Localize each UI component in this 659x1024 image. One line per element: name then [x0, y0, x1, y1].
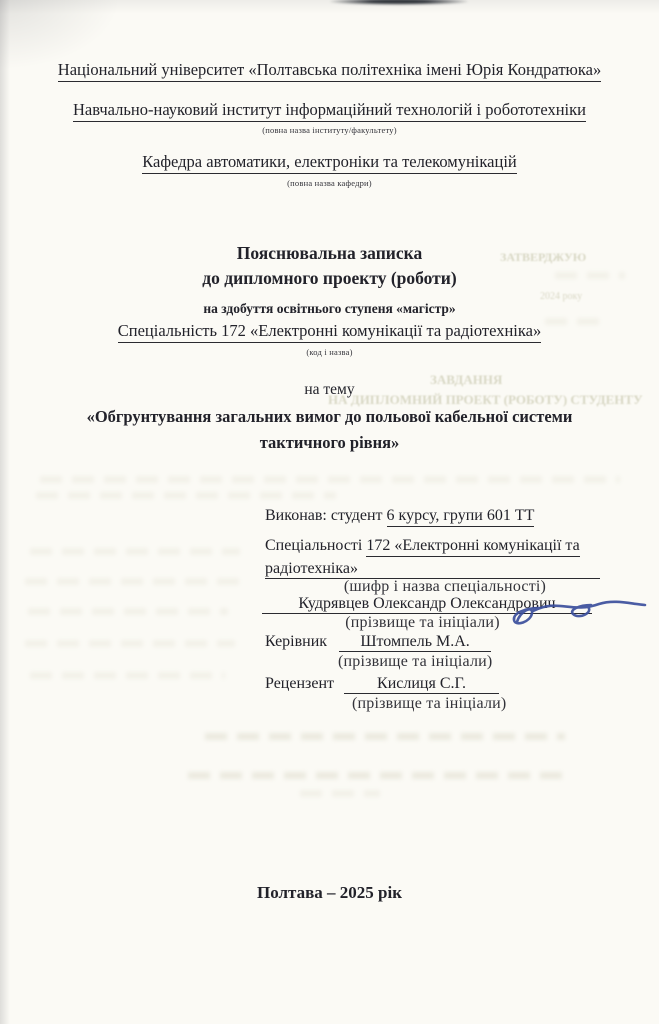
scanned-title-page: ЗАТВЕРДЖУЮ 2024 року ЗАВДАННЯ НА ДИПЛОМН… [0, 0, 659, 1024]
department-name-text: Кафедра автоматики, електроніки та телек… [142, 152, 516, 174]
scan-smudge-artifact [330, 0, 468, 5]
institute-name: Навчально-науковий інститут інформаційни… [0, 100, 659, 122]
theme-title-line2: тактичного рівня» [0, 433, 659, 453]
handwritten-signature [503, 592, 651, 636]
department-name: Кафедра автоматики, електроніки та телек… [0, 152, 659, 174]
bleed-through-line [30, 548, 240, 555]
theme-intro: на тему [0, 381, 659, 399]
performed-by-row: Виконав: студент 6 курсу, групи 601 ТТ [265, 507, 534, 527]
reviewer-name: Кислиця С.Г. [344, 675, 499, 694]
author-name-caption: (прізвище та ініціали) [330, 614, 515, 632]
city-year-line: Полтава – 2025 рік [0, 883, 659, 903]
bleed-through-line [36, 492, 336, 499]
author-specialty-value-line2: радіотехніка» [265, 560, 358, 577]
university-name: Національний університет «Полтавська пол… [0, 60, 659, 82]
university-name-text: Національний університет «Полтавська пол… [58, 60, 601, 82]
specialty-line: Спеціальність 172 «Електронні комунікаці… [0, 321, 659, 343]
bleed-through-line [205, 733, 565, 740]
bleed-through-line [40, 476, 620, 483]
author-specialty-row: Спеціальності 172 «Електронні комунікаці… [265, 537, 580, 557]
doc-title-line2: до дипломного проекту (роботи) [0, 268, 659, 289]
bleed-through-line [188, 772, 568, 779]
author-specialty-row-continued: радіотехніка» [265, 560, 600, 579]
supervisor-row: Керівник Штомпель М.А. [265, 633, 491, 652]
theme-title-line1: «Обгрунтування загальних вимог до польов… [0, 407, 659, 427]
bleed-through-line [25, 578, 240, 585]
author-specialty-label: Спеціальності [265, 537, 362, 554]
performed-by-label: Виконав: студент [265, 507, 383, 524]
department-caption: (повна назва кафедри) [0, 178, 659, 188]
degree-line: на здобуття освітнього ступеня «магістр» [0, 301, 659, 317]
bleed-through-line [30, 672, 225, 679]
author-specialty-value-line1: 172 «Електронні комунікації та [366, 537, 579, 557]
institute-caption: (повна назва інституту/факультету) [0, 125, 659, 135]
supervisor-name: Штомпель М.А. [339, 633, 491, 652]
reviewer-caption: (прізвище та ініціали) [352, 695, 502, 713]
supervisor-label: Керівник [265, 633, 327, 650]
reviewer-row: Рецензент Кислиця С.Г. [265, 675, 499, 694]
reviewer-label: Рецензент [265, 675, 334, 692]
doc-title-line1: Пояснювальна записка [0, 243, 659, 264]
bleed-through-line [25, 640, 235, 647]
specialty-code-caption: (код і назва) [0, 347, 659, 357]
performed-by-value: 6 курсу, групи 601 ТТ [387, 507, 535, 527]
institute-name-text: Навчально-науковий інститут інформаційни… [73, 100, 586, 122]
specialty-line-text: Спеціальність 172 «Електронні комунікаці… [118, 321, 541, 343]
supervisor-caption: (прізвище та ініціали) [338, 653, 483, 671]
bleed-through-line [300, 790, 380, 797]
scan-top-edge-shadow [0, 0, 659, 14]
bleed-through-line [28, 608, 228, 615]
